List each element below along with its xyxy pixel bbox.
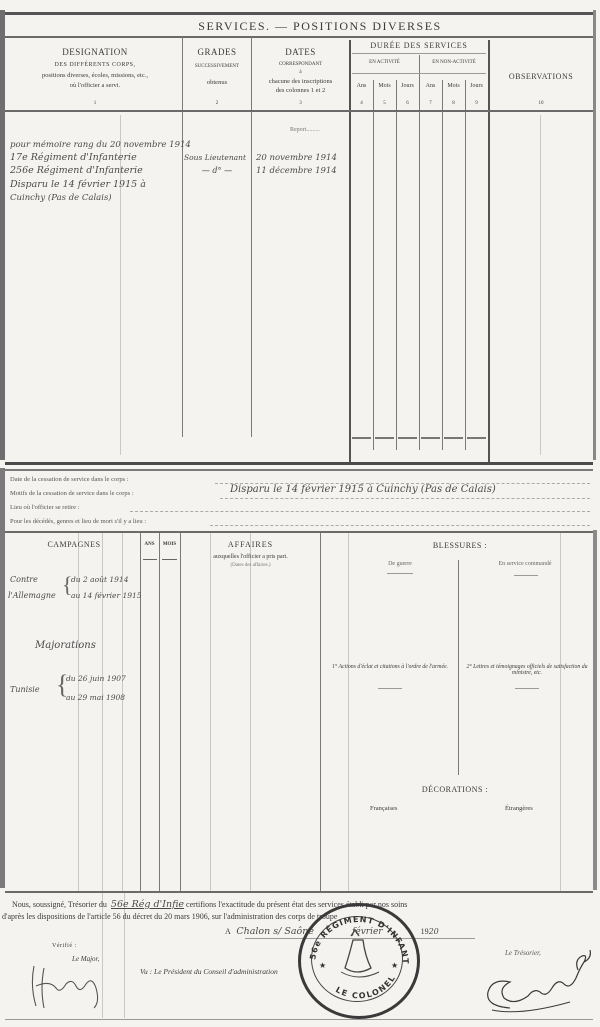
- cessation-bottom-rule: [5, 531, 593, 533]
- scan-edge-right: [593, 10, 596, 460]
- date-entry-1: 20 novembre 1914: [256, 153, 337, 163]
- dates-sub2: à: [252, 70, 349, 75]
- affaires-header: AFFAIRES: [181, 540, 320, 549]
- majoration-to: au 29 mai 1908: [66, 693, 125, 702]
- designation-sub1: DES DIFFÉRENTS CORPS,: [10, 62, 180, 68]
- scan-edge-right-lower: [593, 530, 597, 890]
- unit-mois-1: Mois: [373, 83, 396, 89]
- duree-underline: [352, 53, 486, 54]
- num-9: 9: [465, 101, 488, 106]
- svg-text:LE COLONEL: LE COLONEL: [334, 973, 397, 1000]
- dates-num: 3: [252, 101, 349, 106]
- camp-col-3: [180, 533, 181, 891]
- guerre-underline: [387, 573, 413, 574]
- cessation-motif-label: Motifs de la cessation de service dans l…: [10, 490, 134, 497]
- cert-year-prefix: 19: [421, 927, 429, 936]
- cessation-motif-value: Disparu le 14 février 1915 à Cuinchy (Pa…: [230, 484, 496, 495]
- svg-text:★: ★: [319, 961, 326, 970]
- lieu-retire-label: Lieu où l'officier se retire :: [10, 504, 79, 511]
- unit-ans-1: Ans: [350, 83, 373, 89]
- deces-label: Pour les décédés, genres et lieu de mort…: [10, 518, 146, 525]
- activite-underline: [352, 73, 486, 74]
- observations-num: 10: [489, 101, 593, 106]
- regiment-stamp: 56e RÉGIMENT D'INFANTERIE LE COLONEL ★ ★: [298, 903, 420, 1019]
- col-divider-5: [396, 80, 397, 450]
- affaires-note: (Dates des affaires.): [181, 563, 320, 568]
- dates-sub4: des colonnes 1 et 2: [252, 87, 349, 94]
- designation-entry-3: 256e Régiment d'Infanterie: [10, 165, 143, 176]
- num-6: 6: [396, 101, 419, 106]
- col-divider-6: [419, 55, 420, 450]
- observations-header: OBSERVATIONS: [489, 72, 593, 81]
- title-underline: [5, 36, 593, 38]
- stamp-top-text: 56e RÉGIMENT D'INFANTERIE: [301, 906, 410, 965]
- total-dash-4: [421, 437, 440, 439]
- scan-edge-left: [0, 10, 5, 460]
- report-label: Report.........: [290, 127, 320, 133]
- grade-entry-2: — d° —: [184, 166, 250, 175]
- dates-header: DATES: [252, 47, 349, 57]
- cessation-date-label: Date de la cessation de service dans le …: [10, 476, 129, 483]
- citations-left-underline: [378, 688, 402, 689]
- aff-faint-1: [210, 533, 211, 891]
- top-border: [5, 12, 593, 15]
- cessation-top-rule: [5, 469, 593, 471]
- campagne-label-1: Contre: [10, 575, 38, 584]
- blessures-service: En service commandé: [460, 561, 590, 567]
- num-5: 5: [373, 101, 396, 106]
- total-dash-2: [375, 437, 394, 439]
- majorations-title: Majorations: [35, 640, 96, 651]
- designation-header: DESIGNATION: [10, 47, 180, 57]
- decorations-etrangeres: Étrangères: [505, 805, 533, 812]
- svg-text:★: ★: [391, 961, 398, 970]
- citations-right-num: 2°: [466, 664, 471, 670]
- affaires-right-col: [320, 533, 321, 891]
- camp-faint-3: [122, 533, 123, 891]
- cert-verifie: Vérifié :: [52, 943, 77, 949]
- campagne-to: au 14 février 1915: [71, 591, 142, 600]
- stamp-text-ring: 56e RÉGIMENT D'INFANTERIE LE COLONEL ★ ★: [301, 906, 417, 1016]
- designation-entry-4: Disparu le 14 février 1915 à: [10, 179, 146, 190]
- tresorier-signature: [480, 948, 598, 1020]
- service-record-document: SERVICES. — POSITIONS DIVERSES DESIGNATI…: [0, 0, 600, 1027]
- total-dash-1: [352, 437, 371, 439]
- campagne-label-2: l'Allemagne: [8, 591, 56, 600]
- total-dash-5: [444, 437, 463, 439]
- total-dash-6: [467, 437, 486, 439]
- cert-vu: Vu : Le Président du Conseil d'administr…: [140, 967, 278, 976]
- campaign-section-bottom: [5, 891, 593, 893]
- citations-right: 2° Lettres et témoignages officiels de s…: [462, 664, 592, 676]
- citations-left-text: Actions d'éclat et citations à l'ordre d…: [339, 664, 449, 670]
- top-section-bottom: [5, 462, 593, 465]
- campagne-from: du 2 août 1914: [71, 575, 128, 584]
- service-underline: [514, 575, 538, 576]
- unit-ans-2: Ans: [419, 83, 442, 89]
- campagnes-dash-2: [162, 559, 177, 560]
- col-divider-7: [442, 80, 443, 450]
- cert-line1-pre: Nous, soussigné, Trésorier du: [12, 900, 107, 909]
- cessation-motif-line: [220, 498, 590, 499]
- designation-sub3: où l'officier a servi.: [10, 82, 180, 89]
- major-signature: [20, 958, 100, 1013]
- unit-jours-2: Jours: [465, 83, 488, 89]
- citations-left-num: 1°: [332, 664, 337, 670]
- designation-sub2: positions diverses, écoles, missions, et…: [10, 72, 180, 79]
- grades-sub2: obtenus: [183, 79, 251, 86]
- duree-header: DURÉE DES SERVICES: [350, 41, 488, 50]
- grades-header: GRADES: [183, 47, 251, 57]
- stamp-bottom-text: LE COLONEL: [334, 973, 397, 1000]
- citations-right-underline: [515, 688, 539, 689]
- total-dash-3: [398, 437, 417, 439]
- decorations-francaises: Françaises: [370, 805, 397, 812]
- faint-rule-2: [540, 115, 541, 455]
- designation-entry-1: pour mémoire rang du 20 novembre 1914: [10, 140, 191, 150]
- num-4: 4: [350, 101, 373, 106]
- col-divider-8: [465, 80, 466, 450]
- bless-faint-2: [560, 533, 561, 891]
- aff-faint-2: [250, 533, 251, 891]
- blessures-guerre: De guerre: [350, 561, 450, 567]
- designation-entry-5: Cuinchy (Pas de Calais): [10, 193, 112, 203]
- camp-col-2: [159, 533, 160, 891]
- bless-faint-1: [348, 533, 349, 891]
- citations-left: 1° Actions d'éclat et citations à l'ordr…: [325, 664, 455, 670]
- designation-entry-2: 17e Régiment d'Infanterie: [10, 152, 137, 163]
- bottom-border: [5, 1019, 593, 1020]
- unit-jours-1: Jours: [396, 83, 419, 89]
- col-divider-2: [251, 37, 252, 437]
- affaires-sub: auxquelles l'officier a pris part.: [181, 554, 320, 560]
- svg-text:56e RÉGIMENT D'INFANTERIE: 56e RÉGIMENT D'INFANTERIE: [301, 906, 410, 965]
- blessures-header: BLESSURES :: [400, 541, 520, 550]
- en-non-activite-label: EN NON-ACTIVITÉ: [420, 60, 488, 65]
- cert-place-pre: A: [225, 927, 230, 936]
- camp-faint-1: [78, 533, 79, 891]
- dates-sub3: chacune des inscriptions: [252, 78, 349, 85]
- unit-mois-2: Mois: [442, 83, 465, 89]
- campagnes-header: CAMPAGNES: [10, 540, 138, 549]
- grades-num: 2: [183, 101, 251, 106]
- campagnes-ans-header: ANS: [140, 542, 159, 547]
- cert-year-suffix: 20: [429, 927, 439, 936]
- majoration-label: Tunisie: [10, 685, 40, 694]
- num-7: 7: [419, 101, 442, 106]
- col-divider-4: [373, 80, 374, 450]
- cert-regiment: 56e Rég d'Infie: [111, 899, 184, 910]
- majoration-from: du 26 juin 1907: [66, 674, 126, 683]
- campagnes-mois-header: MOIS: [159, 542, 180, 547]
- lieu-retire-line: [130, 511, 590, 512]
- citations-right-text: Lettres et témoignages officiels de sati…: [473, 664, 587, 676]
- dates-sub1: CORRESPONDANT: [252, 62, 349, 67]
- grade-entry-1: Sous Lieutenant: [184, 153, 246, 162]
- header-bottom-rule: [5, 110, 593, 112]
- designation-num: 1: [10, 101, 180, 106]
- en-activite-label: EN ACTIVITÉ: [350, 60, 419, 65]
- camp-col-1: [140, 533, 141, 891]
- date-entry-2: 11 décembre 1914: [256, 166, 337, 176]
- campagnes-dash-1: [143, 559, 157, 560]
- col-divider-1: [182, 37, 183, 437]
- blessures-divider: [458, 560, 459, 775]
- deces-line: [210, 525, 590, 526]
- cert-line-2: d'après les dispositions de l'article 56…: [2, 912, 337, 921]
- services-title: SERVICES. — POSITIONS DIVERSES: [120, 19, 520, 34]
- decorations-header: DÉCORATIONS :: [380, 785, 530, 794]
- num-8: 8: [442, 101, 465, 106]
- grades-sub1: SUCCESSIVEMENT: [183, 64, 251, 69]
- camp-faint-2: [102, 533, 103, 891]
